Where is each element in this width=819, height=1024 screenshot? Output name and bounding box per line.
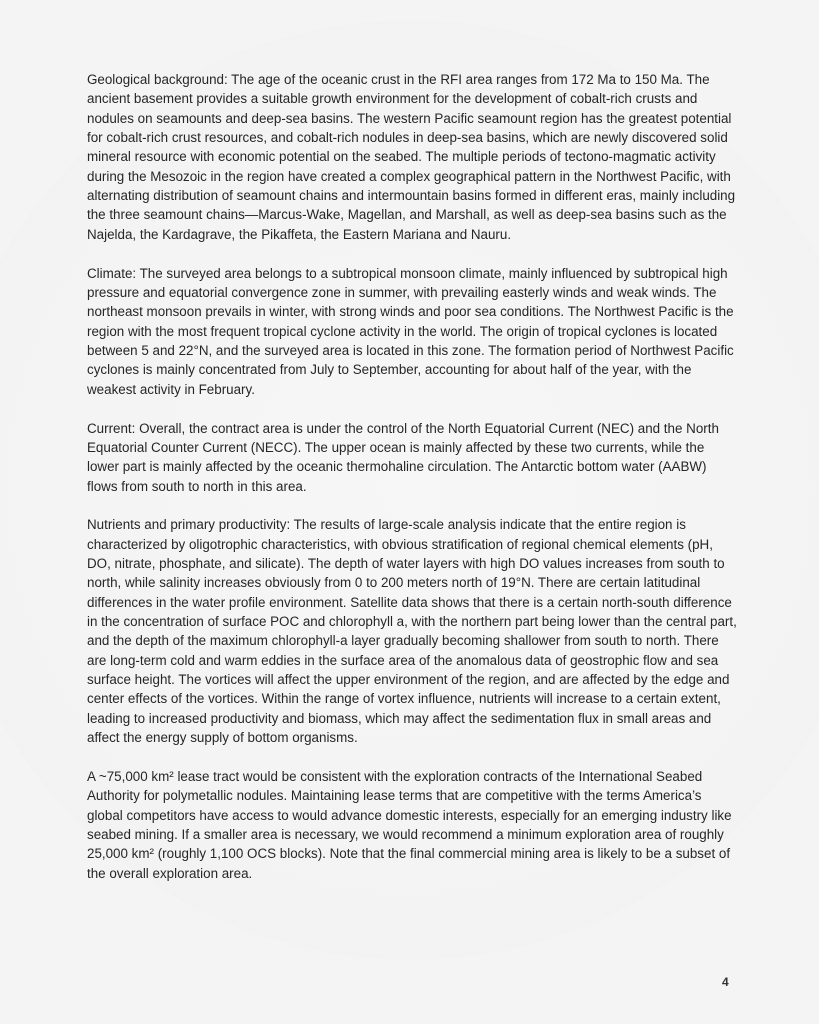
paragraph-current: Current: Overall, the contract area is u… [87, 419, 737, 496]
paragraph-geological-background: Geological background: The age of the oc… [87, 70, 737, 244]
paragraph-climate: Climate: The surveyed area belongs to a … [87, 264, 737, 399]
page-number: 4 [722, 975, 729, 989]
document-body: Geological background: The age of the oc… [87, 70, 737, 903]
paragraph-lease-tract: A ~75,000 km² lease tract would be consi… [87, 767, 737, 883]
paragraph-nutrients: Nutrients and primary productivity: The … [87, 515, 737, 747]
